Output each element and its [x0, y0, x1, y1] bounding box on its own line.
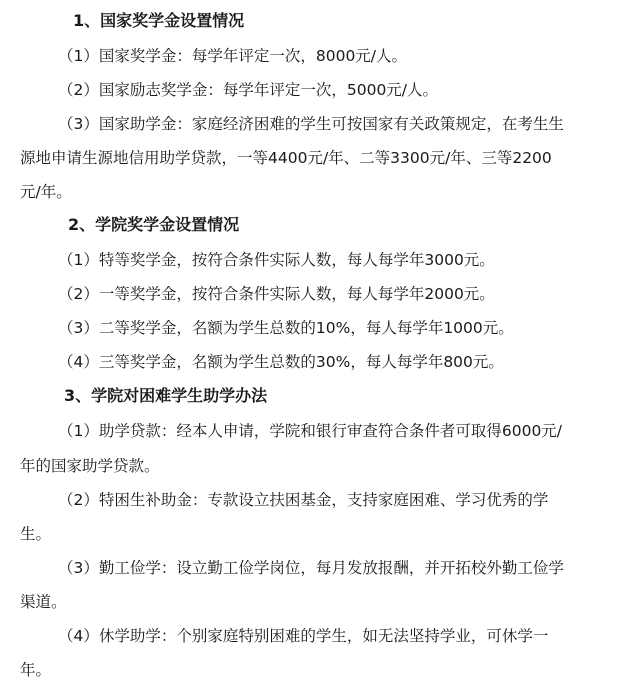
paragraph-line: （2）特困生补助金：专款设立扶困基金，支持家庭困难、学习优秀的学	[58, 490, 548, 510]
paragraph-line: （3）二等奖学金，名额为学生总数的10%，每人每学年1000元。	[58, 318, 514, 338]
paragraph-line: （2）一等奖学金，按符合条件实际人数，每人每学年2000元。	[58, 284, 495, 304]
paragraph-line: （2）国家励志奖学金：每学年评定一次，5000元/人。	[58, 80, 438, 100]
paragraph-line: （3）勤工俭学：设立勤工俭学岗位，每月发放报酬，并开拓校外勤工俭学	[58, 558, 564, 578]
paragraph-line: （4）三等奖学金，名额为学生总数的30%，每人每学年800元。	[58, 352, 504, 372]
paragraph-line: （3）国家助学金：家庭经济困难的学生可按国家有关政策规定，在考生生	[58, 114, 564, 134]
document-page: 1、国家奖学金设置情况 （1）国家奖学金：每学年评定一次，8000元/人。 （2…	[0, 0, 627, 683]
section-heading-3: 3、学院对困难学生助学办法	[64, 386, 267, 406]
paragraph-line: 渠道。	[20, 592, 67, 612]
paragraph-line: 生。	[20, 524, 51, 544]
section-heading-2: 2、学院奖学金设置情况	[68, 215, 239, 235]
paragraph-line: （4）休学助学：个别家庭特别困难的学生，如无法坚持学业，可休学一	[58, 626, 548, 646]
paragraph-line: （1）国家奖学金：每学年评定一次，8000元/人。	[58, 46, 407, 66]
paragraph-line: 源地申请生源地信用助学贷款，一等4400元/年、二等3300元/年、三等2200	[20, 148, 552, 168]
section-heading-1: 1、国家奖学金设置情况	[73, 11, 244, 31]
paragraph-line: 元/年。	[20, 182, 72, 202]
paragraph-line: （1）特等奖学金，按符合条件实际人数，每人每学年3000元。	[58, 250, 495, 270]
paragraph-line: 年。	[20, 660, 51, 680]
paragraph-line: 年的国家助学贷款。	[20, 456, 160, 476]
paragraph-line: （1）助学贷款：经本人申请，学院和银行审查符合条件者可取得6000元/	[58, 421, 562, 441]
